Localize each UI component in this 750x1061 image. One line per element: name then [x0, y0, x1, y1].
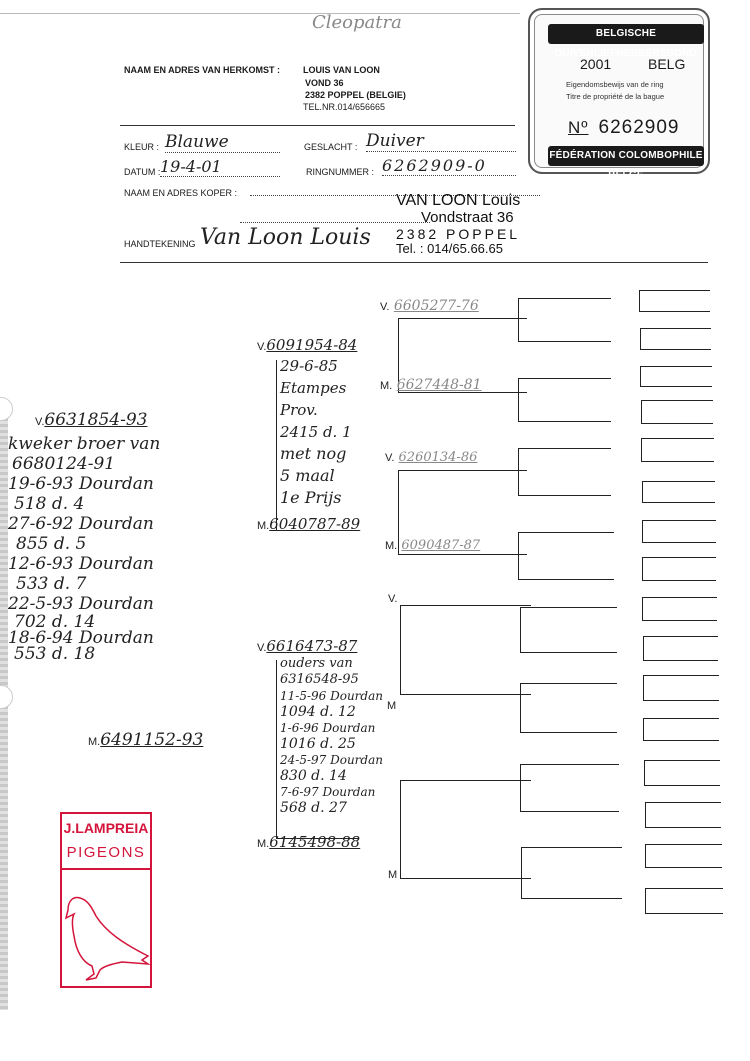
- gen5-bracket: [642, 597, 717, 621]
- sire-sire-entry: V.6091954-84: [257, 336, 357, 354]
- sex-field: Duiver: [366, 131, 516, 152]
- cert-line-1: Eigendomsbewijs van de ring: [566, 80, 664, 89]
- cert-line-2: Titre de propriété de la bague: [566, 92, 664, 101]
- gen5-bracket: [645, 888, 723, 914]
- dam-sire-entry: V.6616473-87: [257, 637, 357, 655]
- top-note: Cleopatra: [312, 12, 402, 33]
- page-top-edge: [0, 13, 520, 14]
- gen5-bracket: [640, 328, 711, 350]
- gen4-bracket: [520, 683, 617, 733]
- gen5-bracket: [643, 675, 719, 701]
- gen3-entry-4: M. 6090487-87: [385, 538, 480, 553]
- divider: [120, 125, 515, 126]
- color-label: KLEUR :: [124, 142, 159, 152]
- punch-hole: [0, 397, 13, 421]
- origin-line-3: 2382 POPPEL (BELGIE): [305, 90, 406, 100]
- gen4-bracket: [518, 448, 611, 496]
- sire-entry: V.6631854-93: [35, 410, 147, 430]
- gen5-bracket: [639, 290, 710, 312]
- date-field: 19-4-01: [160, 157, 280, 177]
- ring-certificate: BELGISCHE DUIVENLIEFHEBBERSBOND 2001 BEL…: [528, 8, 710, 174]
- gen3-entry-3: V. 6260134-86: [385, 450, 477, 465]
- divider: [120, 262, 708, 263]
- buyer-stamp-line-3: 2382 POPPEL: [396, 226, 520, 242]
- gen3-prefix-8: M: [388, 869, 397, 881]
- gen5-bracket: [642, 520, 716, 543]
- gen3-entry-1: V. 6605277-76: [380, 298, 479, 314]
- stamp-line-2: PIGEONS: [62, 844, 150, 861]
- gen5-bracket: [644, 760, 720, 786]
- gen5-bracket: [641, 400, 713, 424]
- gen4-bracket: [520, 607, 617, 653]
- buyer-dotted-line-2: [240, 222, 430, 223]
- signature-label: HANDTEKENING: [124, 239, 196, 249]
- color-field: Blauwe: [165, 132, 280, 153]
- gen5-bracket: [642, 557, 716, 581]
- ring-label: RINGNUMMER :: [306, 167, 374, 177]
- buyer-label: NAAM EN ADRES KOPER :: [124, 188, 237, 198]
- gen3-bracket-4: [400, 780, 531, 879]
- gen3-entry-2: M. 6627448-81: [380, 377, 482, 393]
- gen4-bracket: [518, 532, 614, 580]
- gen4-bracket: [520, 764, 619, 812]
- sire-sire-notes: 29-6-85 Etampes Prov. 2415 d. 1 met nog …: [280, 355, 352, 509]
- gen3-prefix-5: V.: [388, 593, 397, 605]
- dam-entry: M.6491152-93: [88, 730, 203, 750]
- punch-hole: [0, 685, 13, 709]
- cert-number: Nº6262909: [568, 117, 679, 139]
- ring-field: 6262909-0: [382, 156, 516, 176]
- buyer-stamp-line-1: VAN LOON Louis: [396, 192, 520, 210]
- origin-line-1: LOUIS VAN LOON: [303, 65, 380, 75]
- buyer-stamp-line-4: Tel. : 014/65.66.65: [396, 241, 503, 256]
- gen4-bracket: [518, 298, 611, 342]
- lampreia-stamp: J.LAMPREIA PIGEONS: [60, 812, 152, 988]
- gen5-bracket: [640, 366, 712, 387]
- gen4-bracket: [518, 378, 611, 422]
- origin-line-2: VOND 36: [305, 78, 344, 88]
- gen5-bracket: [642, 481, 715, 503]
- gen5-bracket: [645, 844, 722, 868]
- sire-dam-entry: M.6040787-89: [257, 515, 360, 533]
- stamp-line-1: J.LAMPREIA: [62, 820, 150, 836]
- signature: Van Loon Louis: [200, 225, 371, 250]
- cert-bottom-banner: FÉDÉRATION COLOMBOPHILE BELGE: [548, 146, 704, 166]
- gen5-bracket: [643, 636, 718, 661]
- date-label: DATUM :: [124, 167, 160, 177]
- dam-dam-entry: M.6145498-88: [257, 833, 360, 851]
- gen4-bracket: [521, 847, 622, 899]
- cert-country: BELG: [648, 56, 685, 72]
- gen5-bracket: [645, 802, 721, 828]
- cert-year: 2001: [580, 56, 611, 72]
- origin-label: NAAM EN ADRES VAN HERKOMST :: [124, 65, 280, 75]
- origin-line-4: TEL.NR.014/656665: [303, 102, 385, 112]
- dam-sire-notes: ouders van 6316548-95 11-5-96 Dourdan 10…: [280, 656, 383, 816]
- pigeon-icon: [62, 870, 150, 984]
- sex-label: GESLACHT :: [304, 142, 357, 152]
- gen5-bracket: [643, 718, 719, 741]
- gen3-prefix-6: M: [387, 700, 396, 712]
- buyer-stamp-line-2: Vondstraat 36: [421, 209, 514, 226]
- sire-notes: kweker broer van 6680124-91 19-6-93 Dour…: [8, 434, 160, 662]
- gen5-bracket: [641, 438, 714, 462]
- gen3-bracket-3: [400, 605, 531, 695]
- cert-top-banner: BELGISCHE DUIVENLIEFHEBBERSBOND: [548, 24, 704, 44]
